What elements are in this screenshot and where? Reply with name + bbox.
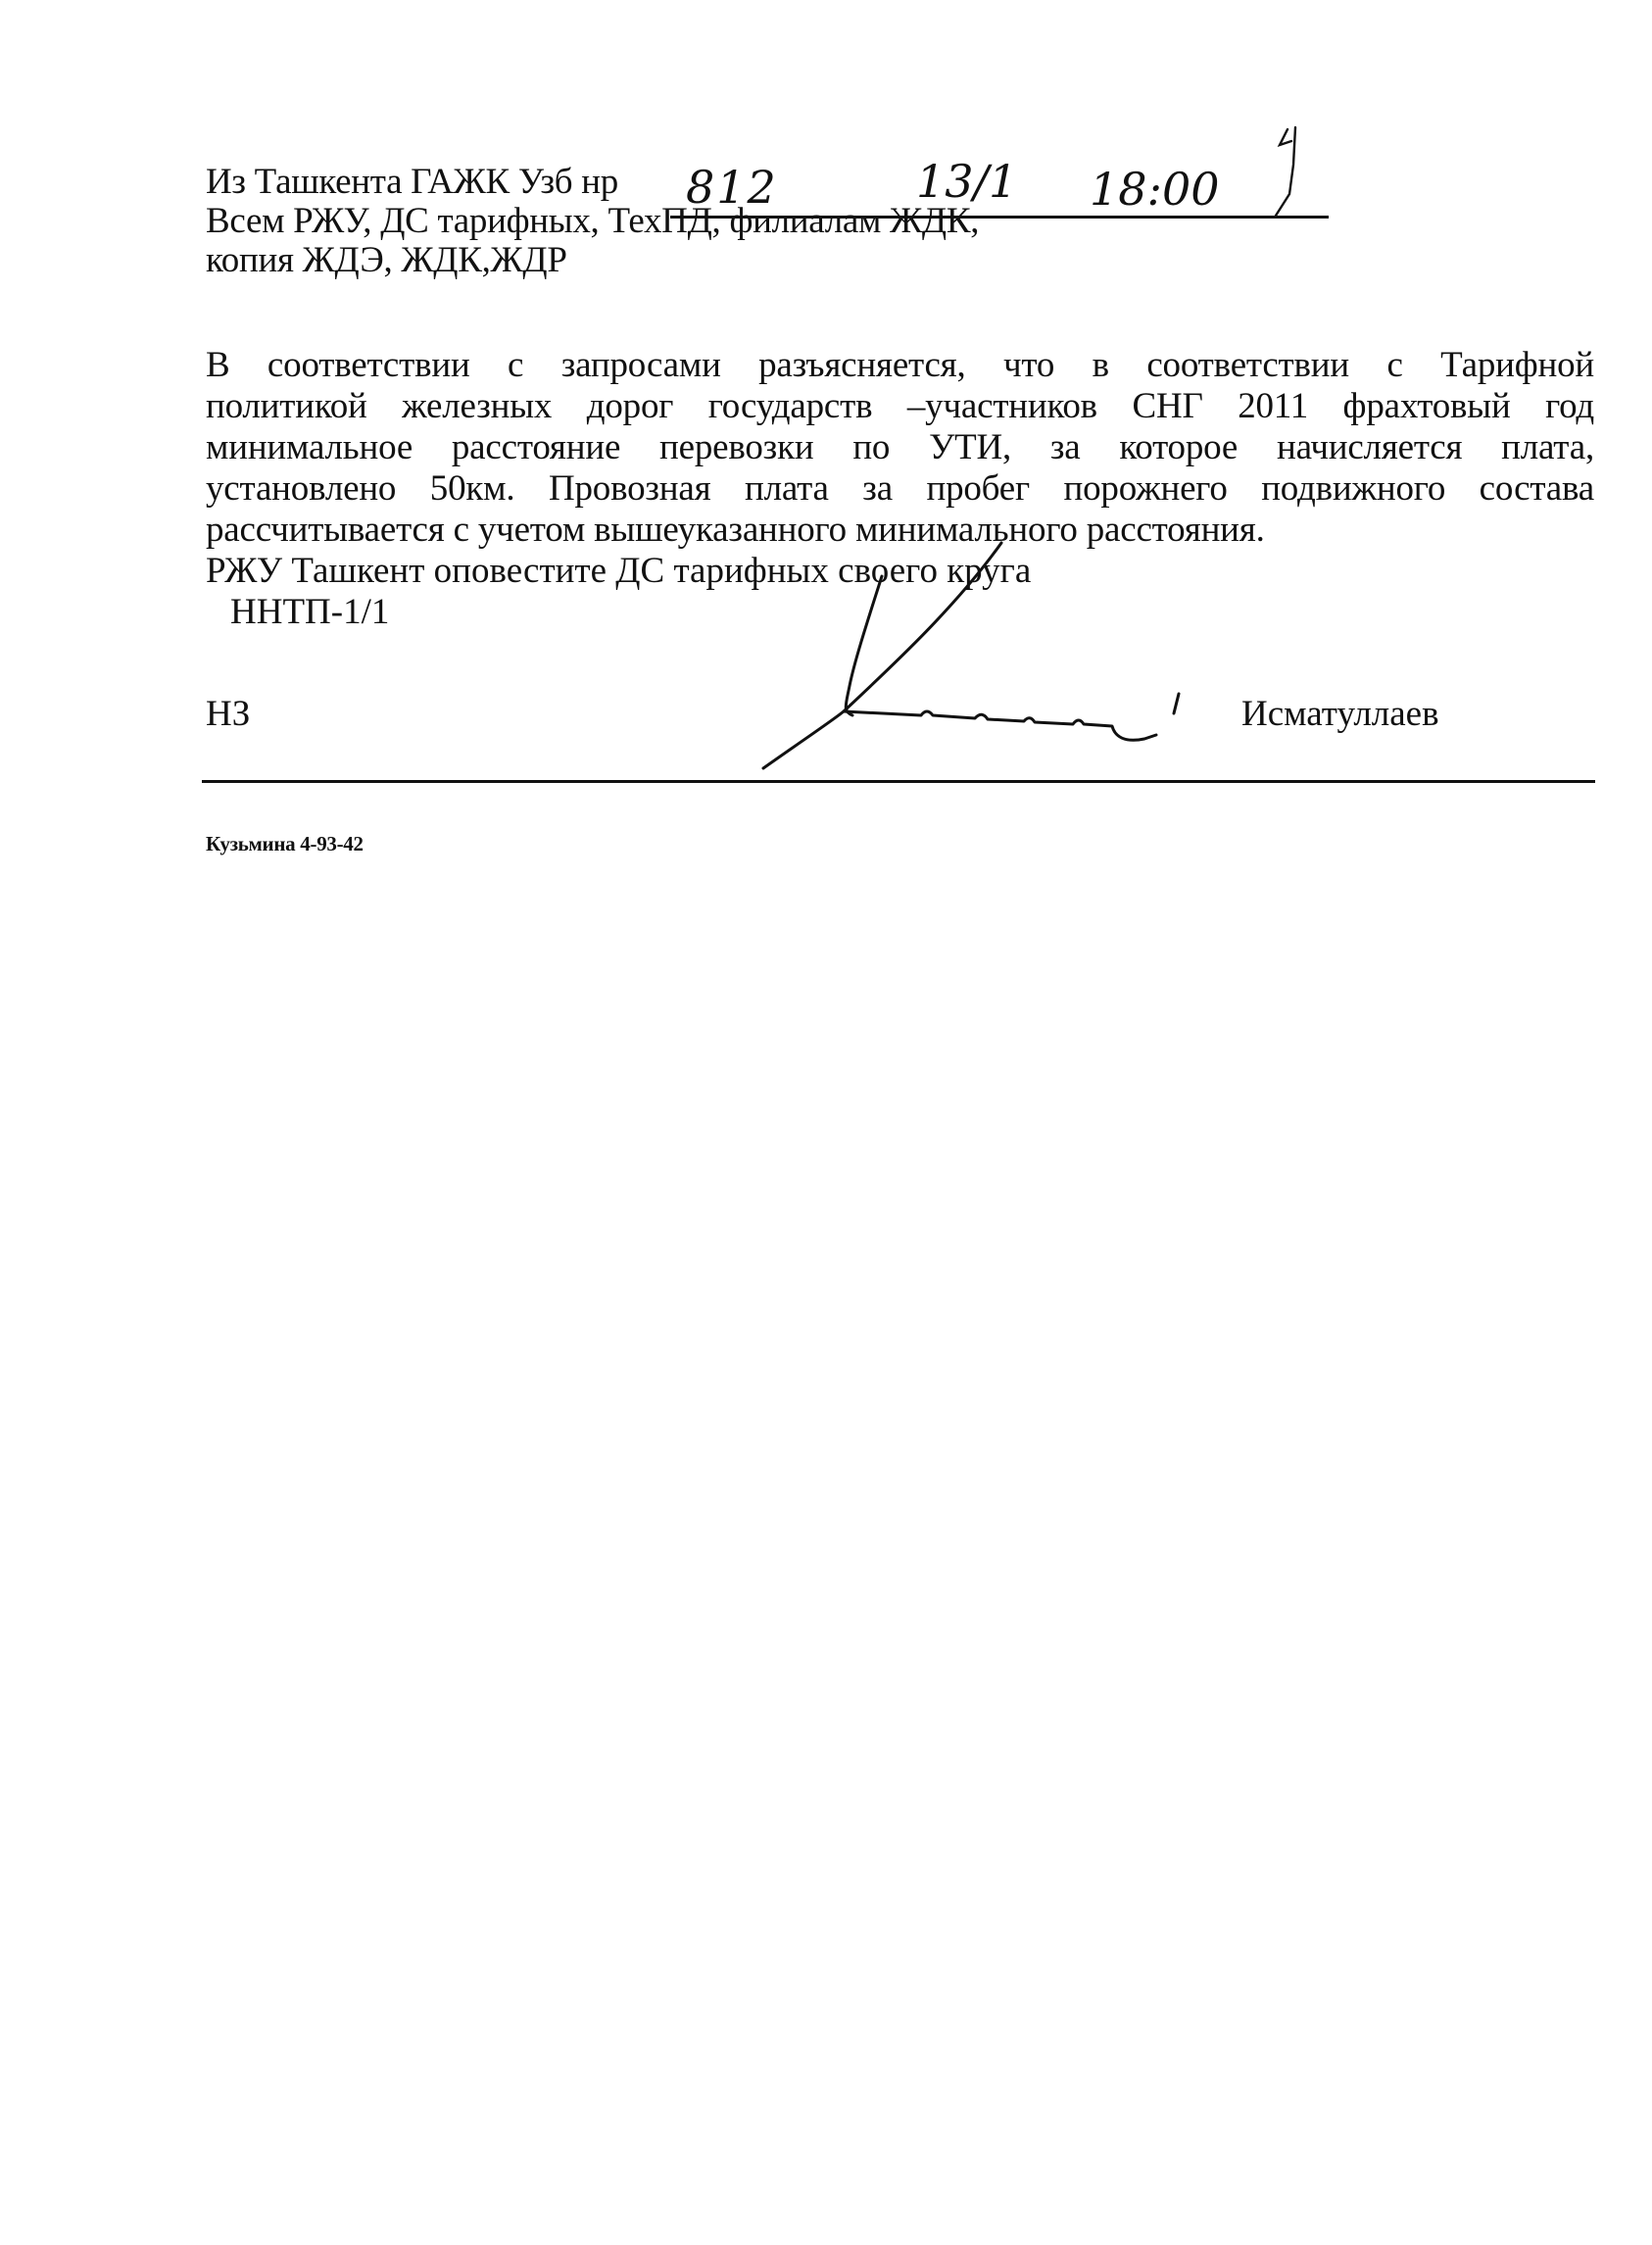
handwritten-signature-icon [745, 529, 1195, 784]
reference-code: ННТП-1/1 [230, 592, 389, 633]
document-page: Из Ташкента ГАЖК Узб нр 812 13/1 18:00 В… [0, 0, 1652, 2245]
body-line: политикой железных дорог государств –уча… [206, 386, 1594, 427]
header-line-from: Из Ташкента ГАЖК Узб нр [206, 163, 618, 202]
body-line: В соответствии с запросами разъясняется,… [206, 345, 1594, 386]
signature-left-label: НЗ [206, 694, 250, 735]
handwritten-date: 13/1 [916, 157, 1017, 206]
header-from-text: Из Ташкента ГАЖК Узб нр [206, 162, 618, 202]
footer-contact: Кузьмина 4-93-42 [206, 831, 364, 856]
signer-name: Исматуллаев [1241, 694, 1439, 735]
body-line: минимальное расстояние перевозки по УТИ,… [206, 427, 1594, 468]
header-line-copy: копия ЖДЭ, ЖДК,ЖДР [206, 241, 567, 280]
body-paragraph: В соответствии с запросами разъясняется,… [206, 345, 1594, 551]
header-line-recipients: Всем РЖУ, ДС тарифных, ТехПД, филиалам Ж… [206, 202, 979, 241]
footer-divider [202, 780, 1595, 783]
handwritten-mark-icon [1274, 125, 1313, 219]
body-line: установлено 50км. Провозная плата за про… [206, 468, 1594, 510]
handwritten-time: 18:00 [1090, 165, 1220, 214]
